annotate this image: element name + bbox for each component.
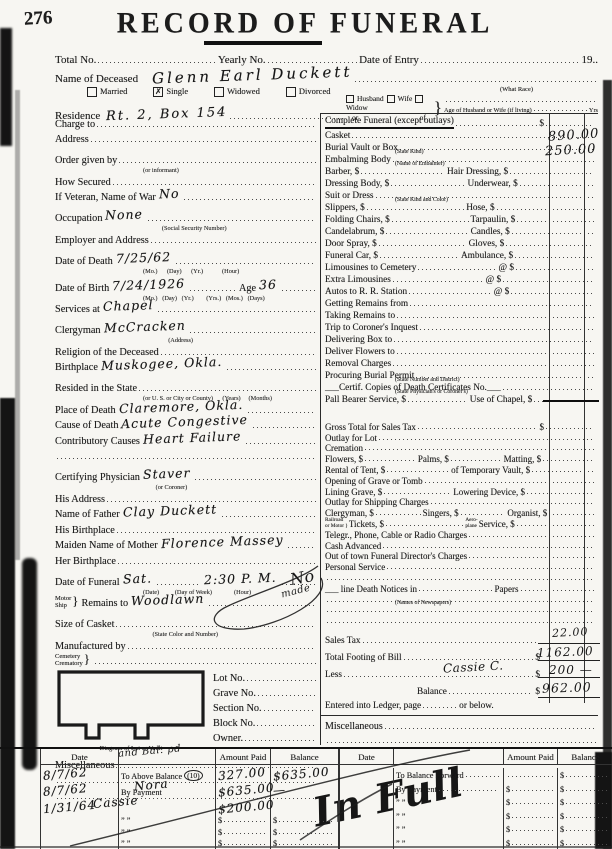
field-label: Resided in the State	[55, 383, 137, 394]
charge-row: ___ line Death Notices inPapers	[325, 583, 598, 594]
dotted-leader	[512, 817, 553, 818]
payment-balance-cell: $635.00	[271, 765, 339, 781]
payment-amount-cell: $	[504, 781, 558, 795]
dotted-leader	[158, 311, 316, 312]
payment-amount-handwritten: $200.00	[217, 797, 275, 816]
lot-field-row: Owner.	[213, 729, 318, 744]
scan-edge-artifact	[22, 558, 37, 770]
title-underline	[204, 41, 322, 45]
dotted-leader	[279, 821, 334, 822]
field-row-how-secured: How Secured	[55, 172, 318, 188]
payment-balance-cell: $	[558, 835, 612, 849]
charge-row: Funeral Car, $Ambulance, $	[325, 249, 598, 261]
checkbox-checked-single: ✗	[153, 87, 163, 97]
charge-label: Personal Service	[325, 562, 385, 572]
dollar-sign: $	[560, 812, 564, 821]
field-label: Date of Birth	[55, 283, 109, 294]
field-label: His Birthplace	[55, 525, 115, 536]
charge-label: of Temporary Vault, $	[451, 465, 530, 475]
field-row-certifying-physician: Certifying PhysicianStaver (or Coroner)	[55, 462, 318, 489]
field-row-her-birthplace: Her Birthplace	[55, 551, 318, 567]
charge-label: @ $	[494, 287, 510, 297]
dotted-leader	[245, 740, 316, 741]
dotted-leader	[566, 803, 609, 804]
field-value-handwritten: Woodlawn	[131, 591, 205, 609]
total-footing-label: Total Footing of Bill	[325, 653, 402, 663]
dotted-leader	[512, 803, 553, 804]
dollar-sign: $	[506, 812, 510, 821]
year-prefix: 19..	[582, 54, 599, 66]
date-of-entry-field: Date of Entry 19..	[359, 54, 598, 66]
charge-row: Candelabrum, $Candles, $	[325, 225, 598, 237]
dotted-leader	[118, 563, 316, 564]
payment-date-cell	[340, 768, 394, 782]
field-row-date-of-funeral: Date of FuneralSat.2:30 P. M.(Date) (Day…	[55, 567, 318, 594]
dotted-leader	[246, 443, 316, 444]
dotted-leader	[410, 305, 594, 306]
payment-amount-cell: $	[216, 826, 271, 837]
dotted-leader	[566, 776, 609, 777]
race-note: (What Race)	[500, 86, 533, 93]
payments-header-balance: Balance	[558, 749, 612, 765]
field-label: Cause of Death	[55, 420, 118, 431]
dotted-leader	[264, 710, 316, 711]
dotted-leader	[512, 844, 553, 845]
charge-row: Clergyman, $Singers, $Organist, $	[325, 507, 598, 518]
charge-label: Limousines to Cemetery	[325, 263, 416, 273]
stacked-label: CemeteryCrematory	[55, 654, 83, 667]
scan-edge-artifact	[0, 28, 12, 146]
dotted-leader	[521, 590, 595, 591]
dotted-leader	[391, 185, 465, 186]
payment-date-handwritten: 8/7/62	[42, 765, 88, 783]
marital-label: Widowed	[227, 86, 260, 96]
dotted-leader	[157, 584, 200, 585]
payment-amount-cell: $	[216, 815, 271, 826]
payments-table-left: DateAmount PaidBalance8/7/62To Above Bal…	[40, 749, 339, 849]
dollar-sign: $	[218, 839, 222, 848]
charge-row	[325, 605, 598, 616]
scan-edge-artifact	[15, 90, 20, 560]
lot-field-row: Lot No.	[213, 669, 318, 684]
charge-row: Lining Grave, $Lowering Device, $	[325, 486, 598, 497]
payments-header-balance: Balance	[271, 749, 339, 765]
spouse-label: Husband	[357, 94, 384, 103]
spouse-label: Widow	[346, 103, 368, 112]
payment-amount-handwritten: 327.00	[217, 765, 266, 783]
sales-tax-label: Sales Tax	[325, 636, 361, 646]
dotted-leader	[97, 126, 316, 127]
dotted-leader	[113, 184, 316, 185]
charge-label: @ $	[498, 263, 514, 273]
dotted-leader	[566, 790, 609, 791]
marital-option-divorced: Divorced	[286, 86, 331, 97]
dotted-leader	[515, 257, 594, 258]
charge-row: Out of town Funeral Director's Charges	[325, 551, 598, 562]
dollar-sign: $	[560, 839, 564, 848]
dotted-leader	[258, 695, 316, 696]
field-label: Date of Death	[55, 256, 113, 267]
charges-miscellaneous-label: Miscellaneous	[325, 721, 383, 732]
brace-glyph: }	[84, 651, 90, 667]
field-label: Charge to	[55, 119, 95, 130]
dotted-leader	[431, 503, 594, 504]
dotted-leader	[508, 776, 553, 777]
field-label: Services at	[55, 304, 100, 315]
payment-amount-handwritten: $635.00	[217, 781, 275, 800]
totals-cell-rule	[538, 677, 600, 678]
charge-row: Dressing Body, $Underwear, $	[325, 177, 598, 189]
payment-description-label: ” ”	[396, 798, 405, 807]
charge-row: Door Spray, $Gloves, $	[325, 237, 598, 249]
payment-description-cell: Cassie	[119, 798, 216, 814]
payment-description-cell: ” ”	[394, 835, 504, 849]
charge-label: Candles, $	[471, 227, 510, 237]
payments-table-right: DateAmount PaidBalanceTo Balance Forward…	[339, 749, 612, 849]
payment-date-cell	[41, 826, 119, 837]
charge-row	[325, 572, 598, 583]
identification-section: Total No. Yearly No. Date of Entry 19.. …	[55, 48, 598, 122]
charge-label: Service, $	[479, 519, 515, 529]
checkbox-widow	[415, 95, 423, 103]
dollar-sign: $	[539, 119, 544, 129]
dotted-leader	[387, 471, 449, 472]
field-row-blank	[55, 447, 318, 463]
dotted-leader	[520, 185, 594, 186]
dotted-leader	[418, 428, 538, 429]
dotted-leader	[148, 220, 316, 221]
dotted-leader	[190, 332, 316, 333]
scan-edge-artifact	[603, 80, 612, 849]
charge-row: Taking Remains to	[325, 309, 598, 321]
payment-balance-cell: $	[271, 826, 339, 837]
charge-row: Personal Service	[325, 561, 598, 572]
dotted-leader	[327, 622, 594, 623]
dotted-leader	[512, 790, 553, 791]
dotted-leader	[451, 460, 502, 461]
charge-label: Casket	[325, 131, 350, 141]
charge-row: Pall Bearer Service, $Use of Chapel, $	[325, 393, 598, 405]
total-no-label: Total No.	[55, 54, 96, 66]
payment-amount-cell: $	[504, 835, 558, 849]
payment-balance-cell: $	[271, 838, 339, 849]
dollar-sign: $	[273, 816, 277, 825]
charge-row: Deliver Flowers to	[325, 345, 598, 357]
sales-tax-amount-handwritten: 22.00	[552, 625, 589, 640]
charge-row: Flowers, $Palms, $Matting, $	[325, 453, 598, 464]
charge-label: Removal Charges	[325, 359, 391, 369]
charge-label: Flowers, $	[325, 454, 363, 464]
dollar-sign: $	[506, 839, 510, 848]
field-label: Employer and Address	[55, 235, 149, 246]
dotted-leader	[224, 833, 266, 834]
charge-row: Removal Charges	[325, 357, 598, 369]
charge-row: ___Certif. Copies of Death Certificates …	[325, 381, 598, 393]
brace-glyph: }	[72, 593, 78, 609]
charge-label: Singers, $	[423, 508, 459, 518]
dotted-leader	[566, 817, 609, 818]
charge-row: Getting Remains from	[325, 297, 598, 309]
field-label: Occupation	[55, 213, 102, 224]
payment-date-cell	[41, 815, 119, 826]
charge-row: Folding Chairs, $Tarpaulin, $	[325, 213, 598, 225]
vault-amount-handwritten: 250.00	[545, 142, 597, 160]
field-label: Age	[239, 283, 256, 294]
charge-label: Autos to R. R. Station	[325, 287, 407, 297]
charge-label: Lowering Device, $	[453, 487, 525, 497]
marital-option-widowed: Widowed	[214, 86, 260, 97]
dollar-sign: $	[535, 670, 540, 680]
field-row-address: Address	[55, 130, 318, 146]
lot-diagram: Diagram of Lot or Vault	[55, 669, 207, 755]
charge-row: Procuring Burial Permit(State Number and…	[325, 369, 598, 381]
form-title: RECORD OF FUNERAL	[55, 7, 555, 40]
lot-field-row: Block No.	[213, 714, 318, 729]
charge-label: Matting, $	[504, 454, 542, 464]
dotted-leader	[95, 663, 316, 664]
checkbox-divorced	[286, 87, 296, 97]
payment-date-cell: 8/7/62	[41, 765, 119, 781]
dotted-leader	[361, 173, 445, 174]
circled-number: (10)	[184, 770, 203, 781]
charge-label: Palms, $	[418, 454, 449, 464]
charge-label: Rental of Tent, $	[325, 465, 385, 475]
dollar-sign: $	[506, 798, 510, 807]
dollar-sign: $	[506, 785, 510, 794]
lot-field-label: Owner.	[213, 733, 243, 744]
dotted-leader	[461, 514, 506, 515]
charge-label: Suit or Dress	[325, 191, 374, 201]
charge-label: Deliver Flowers to	[325, 347, 395, 357]
field-row-clergyman: ClergymanMcCracken (Address)	[55, 315, 318, 342]
field-label: Contributory Causes	[55, 436, 140, 447]
charge-label: Extra Limousines	[325, 275, 391, 285]
field-row-employer-and-address: Employer and Address	[55, 230, 318, 246]
name-of-deceased-field: Name of Deceased Glenn Earl Duckett (Wha…	[55, 66, 598, 85]
charge-label: Burial Vault or Box	[325, 143, 398, 153]
dotted-leader	[516, 269, 594, 270]
payment-description-label: By Payment	[396, 785, 437, 794]
dotted-leader	[386, 233, 468, 234]
dotted-leader	[517, 525, 594, 526]
payment-description-label: ” ”	[396, 812, 405, 821]
payments-section: DateAmount PaidBalance8/7/62To Above Bal…	[0, 747, 612, 849]
charge-label: Hose, $	[466, 203, 494, 213]
payment-date-cell	[340, 835, 394, 849]
field-row-maiden-name-of-mother: Maiden Name of MotherFlorence Massey	[55, 536, 318, 552]
payment-description-label: ” ”	[396, 839, 405, 848]
payments-header-amount-paid: Amount Paid	[504, 749, 558, 765]
name-label: Name of Deceased	[55, 73, 138, 85]
less-label: Less	[325, 670, 342, 680]
field-label: Her Birthplace	[55, 556, 116, 567]
field-row-cause-of-death: Cause of DeathAcute Congestive	[55, 416, 318, 432]
dotted-leader	[279, 844, 334, 845]
charge-row: Opening of Grave or Tomb	[325, 475, 598, 486]
charge-row: Delivering Box to	[325, 333, 598, 345]
dotted-leader	[543, 460, 594, 461]
dotted-leader	[119, 162, 316, 163]
dotted-leader	[151, 242, 316, 243]
payment-description-label: ” ”	[396, 825, 405, 834]
dotted-leader	[497, 209, 594, 210]
charge-row: Limousines to Cemetery@ $	[325, 261, 598, 273]
dotted-leader	[209, 605, 316, 606]
field-row-if-veteran-name-of-war: If Veteran, Name of WarNo	[55, 188, 318, 204]
field-value-handwritten: 2:30 P. M.	[204, 569, 277, 587]
payment-date-cell	[41, 838, 119, 849]
lot-diagram-area: Diagram of Lot or Vault Lot No.Grave No.…	[55, 669, 318, 755]
charge-label: Slippers, $	[325, 203, 365, 213]
charge-row: Trip to Coroner's Inquest	[325, 321, 598, 333]
dollar-sign: $	[560, 771, 564, 780]
total-footing-amount-handwritten: 1162.00	[537, 644, 594, 660]
checkbox-married	[87, 87, 97, 97]
checkbox-wife	[387, 95, 395, 103]
charge-label: Tarpaulin, $	[471, 215, 516, 225]
lot-field-label: Lot No.	[213, 673, 245, 684]
dotted-leader	[91, 141, 316, 142]
charge-label: Candelabrum, $	[325, 227, 384, 237]
dotted-leader	[546, 428, 594, 429]
payments-header-date: Date	[41, 749, 119, 765]
field-row-occupation: OccupationNone (Social Security Number)	[55, 203, 318, 230]
dotted-leader	[139, 390, 316, 391]
payment-balance-cell: $	[558, 822, 612, 836]
charge-row: Outlay for Shipping Charges	[325, 497, 598, 508]
field-value-handwritten: No	[159, 186, 180, 202]
payment-description-handwritten: Nora	[133, 777, 169, 794]
payment-description-label: ” ”	[121, 816, 130, 825]
dotted-leader	[184, 199, 316, 200]
charge-label: Taking Remains to	[325, 311, 395, 321]
payment-balance-handwritten: —	[272, 783, 286, 798]
payment-date-handwritten: 1/31/64	[42, 797, 96, 816]
charge-label: Opening of Grave or Tomb	[325, 476, 423, 486]
payment-balance-cell: —	[271, 782, 339, 798]
blank-dotted-line	[325, 732, 598, 746]
charge-row: Autos to R. R. Station@ $	[325, 285, 598, 297]
dollar-sign: $	[560, 798, 564, 807]
stacked-label: MotorShip	[55, 596, 71, 609]
charge-row: Slippers, $Hose, $	[325, 201, 598, 213]
dotted-leader	[383, 547, 594, 548]
field-value-handwritten: Sat.	[122, 570, 152, 586]
field-row-birthplace: BirthplaceMuskogee, Okla.	[55, 358, 318, 374]
dotted-leader	[327, 611, 594, 612]
dotted-leader	[456, 125, 538, 126]
charge-label: Cremation	[325, 443, 363, 453]
payment-date-cell	[340, 822, 394, 836]
charge-row: Suit or Dress(State Kind and Color)	[325, 189, 598, 201]
payment-date-cell	[340, 781, 394, 795]
charge-label: Pall Bearer Service, $	[325, 395, 406, 405]
payment-amount-cell: $	[504, 822, 558, 836]
marital-label: Single	[166, 86, 188, 96]
dotted-leader	[469, 557, 594, 558]
balance-label: Balance	[417, 687, 447, 697]
payments-header-blank	[119, 749, 216, 765]
dotted-leader	[408, 401, 468, 402]
amount-column-rule	[549, 113, 550, 703]
field-label: Maiden Name of Mother	[55, 540, 158, 551]
charge-label: Use of Chapel, $	[470, 395, 532, 405]
dotted-leader	[367, 209, 464, 210]
dollar-sign: $	[535, 687, 540, 697]
charge-label: Cash Advanced	[325, 541, 381, 551]
charge-label: Funeral Car, $	[325, 251, 378, 261]
charge-label: Door Spray, $	[325, 239, 377, 249]
dotted-leader	[466, 776, 499, 777]
dotted-leader	[512, 233, 594, 234]
field-label: Manufactured by	[55, 641, 126, 652]
payment-amount-cell: 327.00	[216, 765, 271, 781]
charge-label: Papers	[495, 584, 519, 594]
charges-miscellaneous-field: Miscellaneous	[325, 718, 598, 732]
dotted-leader	[439, 790, 499, 791]
dotted-leader	[546, 125, 594, 126]
payment-amount-cell: $	[504, 808, 558, 822]
dotted-leader	[397, 353, 594, 354]
payment-amount-cell: $	[504, 795, 558, 809]
dotted-leader	[517, 221, 594, 222]
charge-label: Delivering Box to	[325, 335, 392, 345]
charge-label: Outlay for Shipping Charges	[325, 497, 429, 507]
payment-description-label: To Balance Forward	[396, 771, 464, 780]
total-no-field: Total No.	[55, 54, 218, 66]
lot-field-row: Section No.	[213, 699, 318, 714]
charge-label: Getting Remains from	[325, 299, 408, 309]
charge-row: Complete Funeral (except outlays)$	[325, 117, 598, 129]
payment-amount-cell	[504, 768, 558, 782]
payment-amount-cell: $200.00	[216, 798, 271, 814]
ledger-entry-row: Entered into Ledger, page or below.	[325, 697, 598, 711]
dollar-sign: $	[273, 828, 277, 837]
charge-label: Barber, $	[325, 167, 359, 177]
payment-balance-cell: $	[558, 795, 612, 809]
field-label: Date of Funeral	[55, 577, 120, 588]
page-number: 276	[23, 7, 53, 30]
field-value-handwritten: Heart Failure	[143, 428, 242, 446]
lot-field-label: Section No.	[213, 703, 262, 714]
charge-label: Complete Funeral (except outlays)	[325, 116, 454, 129]
deceased-details-column: Charge toAddressOrder given by(or inform…	[55, 114, 318, 802]
charge-label: Dressing Body, $	[325, 179, 389, 189]
dotted-leader	[394, 341, 594, 342]
charge-row: Gross Total for Sales Tax$	[325, 421, 598, 432]
subtotal-rule	[543, 400, 599, 402]
payment-balance-cell: $	[271, 815, 339, 826]
payment-amount-cell: $	[216, 838, 271, 849]
field-row-charge-to: Charge to	[55, 114, 318, 130]
charge-label: Tickets, $	[349, 519, 384, 529]
dotted-leader	[379, 245, 467, 246]
charge-row: Cash Advanced	[325, 540, 598, 551]
dotted-leader	[288, 547, 316, 548]
dotted-leader	[117, 532, 316, 533]
field-value-handwritten: Chapel	[103, 297, 154, 314]
totals-cell-rule	[538, 697, 600, 698]
payment-description-cell: To Balance Forward	[394, 768, 504, 782]
charge-row: Extra Limousines@ $	[325, 273, 598, 285]
payment-balance-handwritten: $635.00	[272, 764, 330, 783]
marital-option-married: Married	[87, 86, 127, 97]
charge-row: Railroador Motor }Tickets, $Aero-planeSe…	[325, 518, 598, 529]
dotted-leader	[397, 317, 594, 318]
marital-option-single: ✗Single	[153, 86, 188, 97]
charge-row: Outlay for Lot	[325, 432, 598, 443]
payment-description-label: ” ”	[121, 828, 130, 837]
